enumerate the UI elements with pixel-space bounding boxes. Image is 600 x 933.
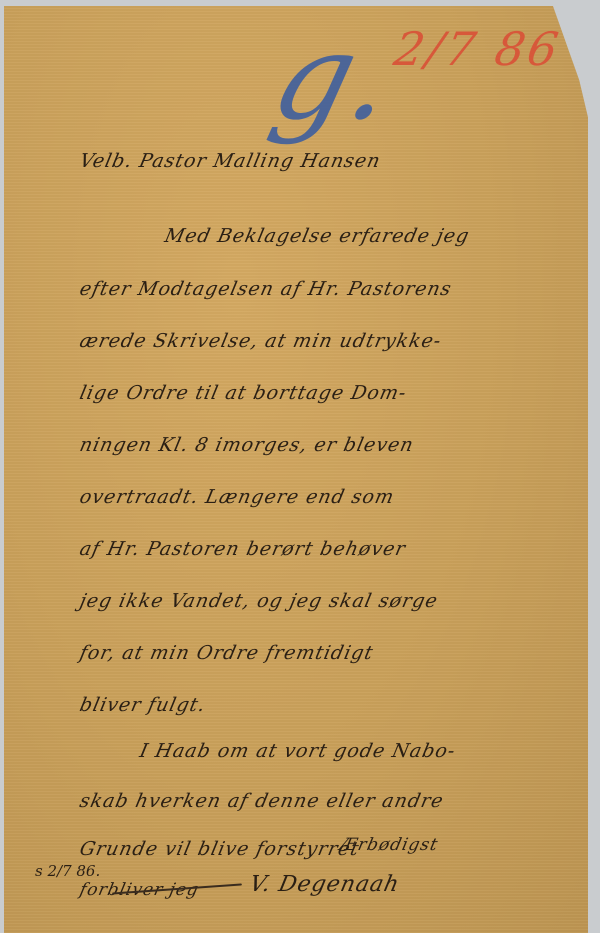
body-line: lige Ordre til at borttage Dom- (78, 382, 409, 404)
body-line: af Hr. Pastoren berørt behøver (78, 538, 408, 560)
salutation: Velb. Pastor Malling Hansen (78, 150, 383, 172)
body-line: jeg ikke Vandet, og jeg skal sørge (78, 590, 440, 612)
body-line: overtraadt. Længere end som (78, 486, 397, 508)
body-line: Grunde vil blive forstyrret (78, 838, 362, 860)
signature: V. Degenaah (247, 872, 402, 897)
date-note: s 2/7 86. (35, 862, 100, 880)
closing: Ærbødigst (338, 835, 440, 855)
body-line: skab hverken af denne eller andre (78, 790, 446, 812)
body-line: I Haab om at vort gode Nabo- (138, 740, 458, 762)
archive-mark-red: 2/7 86 (391, 26, 564, 72)
body-line: ningen Kl. 8 imorges, er bleven (78, 434, 416, 456)
body-line: bliver fulgt. (78, 694, 208, 716)
body-line: for, at min Ordre fremtidigt (78, 642, 376, 664)
body-line: ærede Skrivelse, at min udtrykke- (78, 330, 444, 352)
body-line: efter Modtagelsen af Hr. Pastorens (78, 278, 454, 300)
body-line: Med Beklagelse erfarede jeg (163, 225, 472, 247)
